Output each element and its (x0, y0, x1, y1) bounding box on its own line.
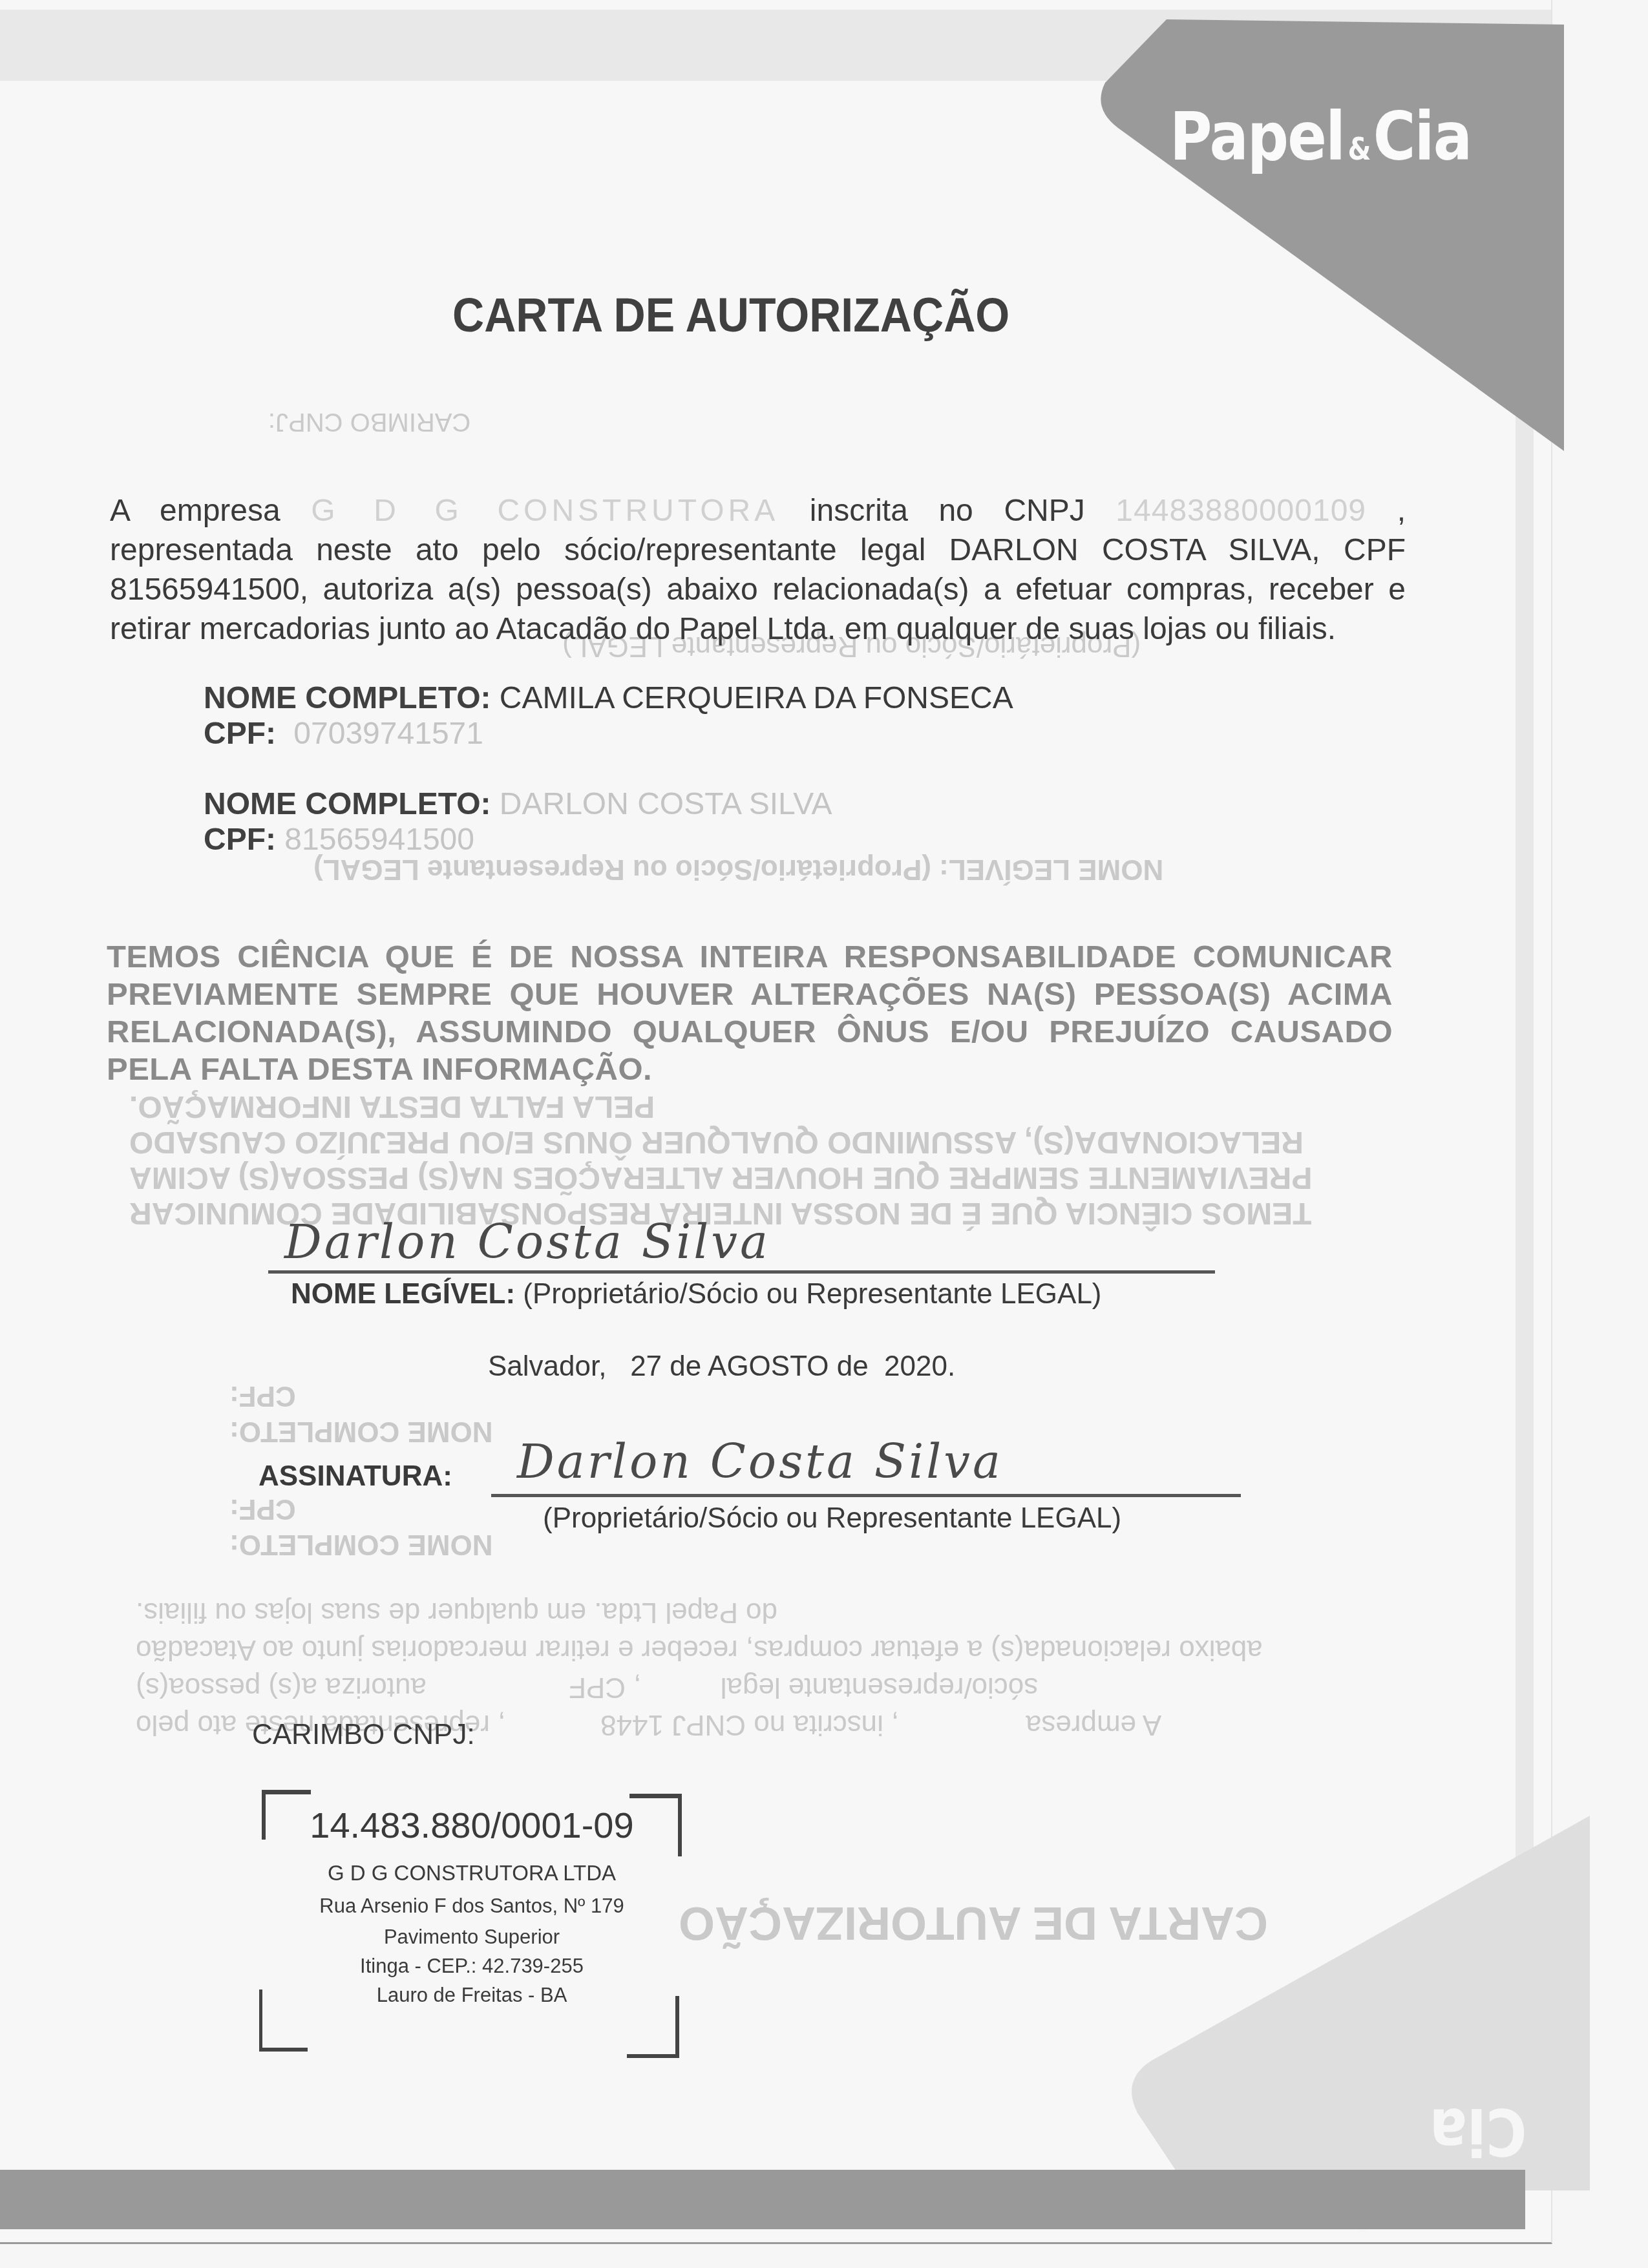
person-1-cpf-row: CPF: 07039741571 (204, 716, 483, 752)
bleed-through-text: CPF: (229, 1493, 296, 1525)
bleed-through-text: abaixo relacionada(s) a efetuar compras,… (136, 1633, 1263, 1666)
signature-line (491, 1494, 1241, 1497)
intro-line-2: representada neste ato pelo sócio/repres… (110, 530, 1406, 570)
responsibility-notice: TEMOS CIÊNCIA QUE É DE NOSSA INTEIRA RES… (107, 938, 1393, 1088)
person-2-name-row: NOME COMPLETO: DARLON COSTA SILVA (204, 786, 832, 823)
brand-name-left: Papel (1170, 97, 1344, 176)
document-title: CARTA DE AUTORIZAÇÃO (452, 288, 1009, 342)
stamp-district-cep: Itinga - CEP.: 42.739-255 (262, 1955, 682, 1978)
stamp-address: Rua Arsenio F dos Santos, Nº 179 (262, 1895, 682, 1918)
company-name-field: G D G CONSTRUTORA (311, 494, 779, 528)
person-1-name-row: NOME COMPLETO: CAMILA CERQUEIRA DA FONSE… (204, 680, 1013, 717)
bleed-through-text: do Papel Ltda. em qualquer de suas lojas… (136, 1596, 777, 1628)
place-date: Salvador, 27 de AGOSTO de 2020. (488, 1350, 955, 1383)
person-2-name: DARLON COSTA SILVA (500, 787, 832, 821)
stamp-label: CARIMBO CNPJ: (252, 1719, 475, 1751)
legible-name-handwriting: Darlon Costa Silva (284, 1215, 770, 1269)
footer-bar (0, 2170, 1525, 2229)
brand-logo: Papel&Cia (1170, 97, 1471, 176)
bleed-through-text: sócio/representante legal , CPF autoriza… (136, 1671, 1038, 1703)
signature-caption: (Proprietário/Sócio ou Representante LEG… (543, 1502, 1121, 1535)
bleed-through-text: PREVIAMENTE SEMPRE QUE HOUVER ALTERAÇÕES… (129, 1160, 1312, 1195)
intro-line-1: A empresa G D G CONSTRUTORA inscrita no … (110, 491, 1406, 530)
scanned-page: CARIMBO CNPJ: (Proprietário/Sócio ou Rep… (0, 0, 1552, 2244)
cnpj-stamp: 14.483.880/0001-09 G D G CONSTRUTORA LTD… (262, 1790, 682, 2052)
bleed-through-text: NOME COMPLETO: (229, 1415, 492, 1447)
legible-name-caption: NOME LEGÍVEL: (Proprietário/Sócio ou Rep… (291, 1278, 1102, 1310)
bleed-through-text: NOME COMPLETO: (229, 1528, 492, 1560)
stamp-cnpj: 14.483.880/0001-09 (262, 1804, 682, 1846)
intro-line-4: retirar mercadorias junto ao Atacadão do… (110, 609, 1406, 649)
bleed-through-text: PELA FALTA DESTA INFORMAÇÃO. (129, 1089, 655, 1124)
stamp-complement: Pavimento Superior (262, 1926, 682, 1949)
cnpj-field: 14483880000109 (1115, 494, 1366, 528)
brand-ampersand: & (1347, 131, 1369, 167)
stamp-city: Lauro de Freitas - BA (262, 1984, 682, 2007)
intro-line-3: 81565941500, autoriza a(s) pessoa(s) aba… (110, 570, 1406, 609)
bleed-through-text: RELACIONADA(S), ASSUMINDO QUALQUER ÔNUS … (129, 1124, 1304, 1160)
person-2-cpf: 81565941500 (284, 823, 474, 857)
legible-name-line (268, 1270, 1215, 1274)
brand-logo-shape (1092, 12, 1570, 451)
person-1-name: CAMILA CERQUEIRA DA FONSECA (500, 681, 1013, 715)
bleed-through-text: CPF: (229, 1380, 296, 1412)
signature-handwriting: Darlon Costa Silva (517, 1434, 1003, 1489)
stamp-company: G D G CONSTRUTORA LTDA (262, 1861, 682, 1885)
bleed-through-text: CARIMBO CNPJ: (268, 407, 470, 436)
intro-paragraph: A empresa G D G CONSTRUTORA inscrita no … (110, 491, 1406, 649)
person-2-cpf-row: CPF: 81565941500 (204, 822, 474, 858)
person-1-cpf: 07039741571 (293, 717, 483, 751)
brand-name-right: Cia (1373, 97, 1471, 176)
signature-label: ASSINATURA: (259, 1460, 452, 1493)
